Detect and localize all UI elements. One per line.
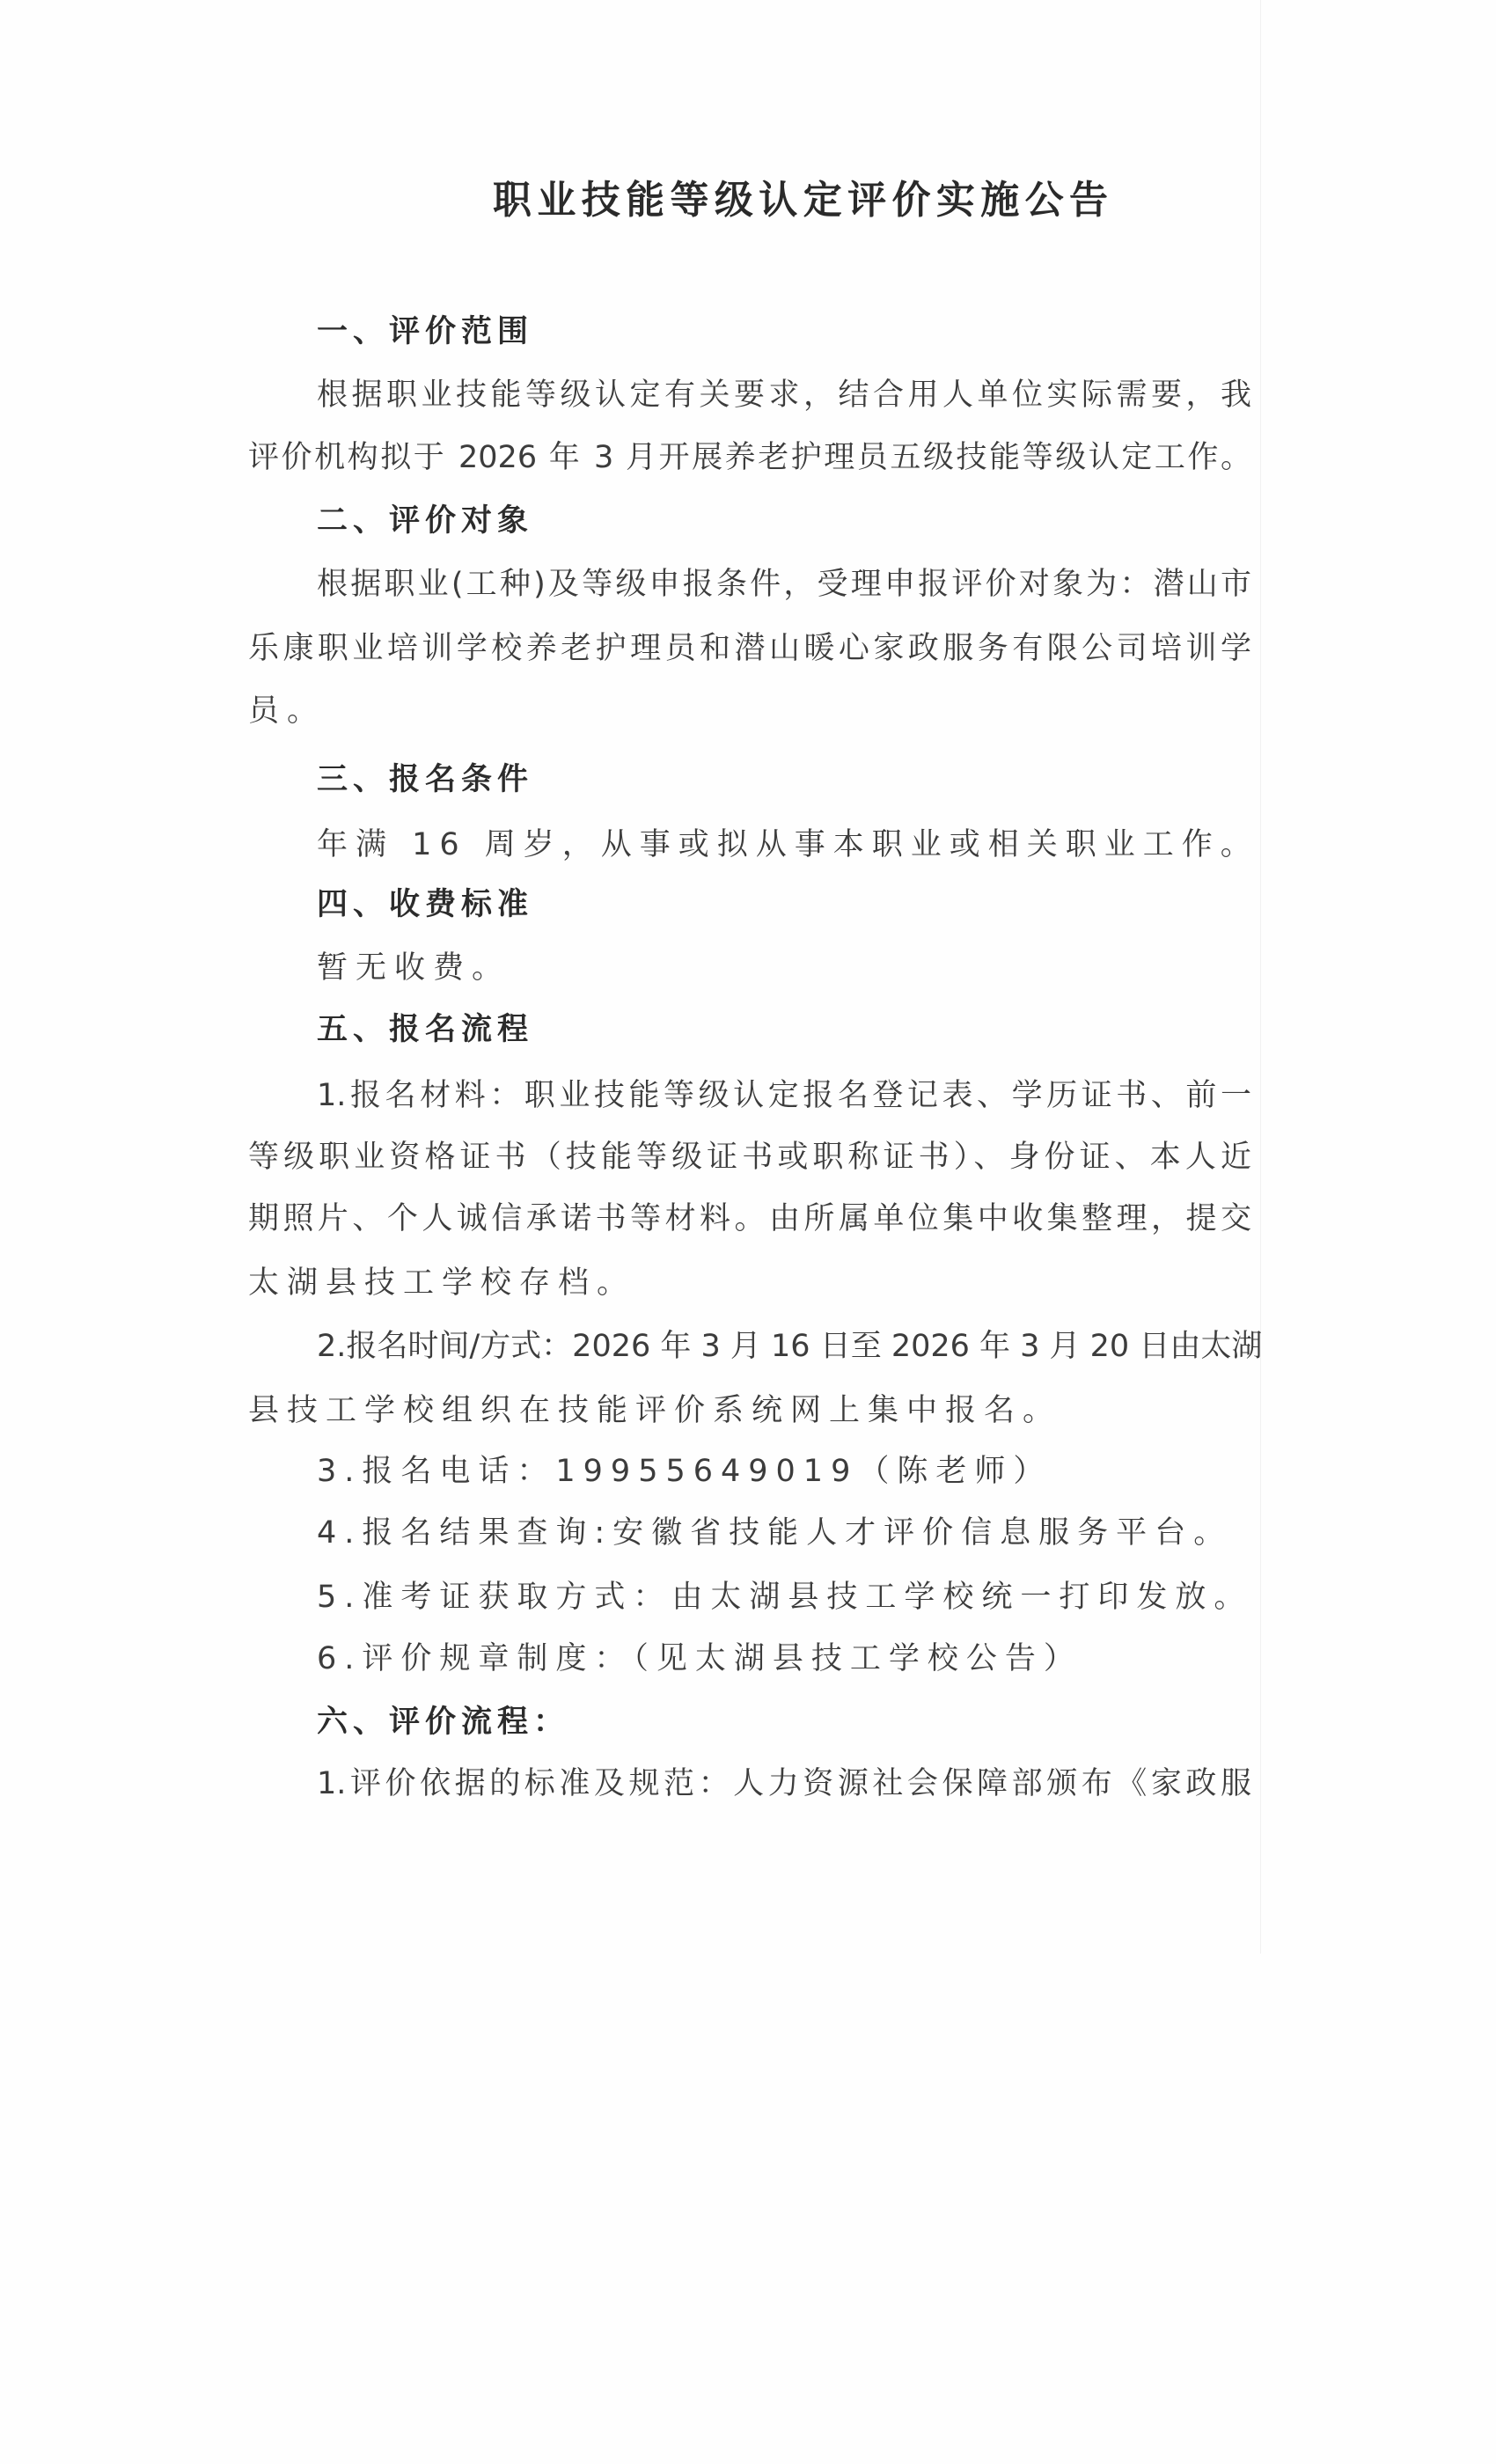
section-heading: 四、收费标准 — [317, 883, 533, 927]
paragraph-line: 年满 16 周岁，从事或拟从事本职业或相关职业工作。 — [317, 823, 1259, 867]
list-item-line: 期照片、个人诚信承诺书等材料。由所属单位集中收集整理，提交 — [248, 1197, 1251, 1241]
section-heading: 三、报名条件 — [317, 758, 533, 802]
paragraph-line: 员。 — [248, 689, 326, 733]
list-item-line: 2.报名时间/方式：2026 年 3 月 16 日至 2026 年 3 月 20… — [317, 1324, 1251, 1368]
scan-edge-artifact — [1260, 0, 1261, 1954]
list-item-line: 1.评价依据的标准及规范：人力资源社会保障部颁布《家政服 — [317, 1762, 1251, 1806]
list-item-line: 6.评价规章制度：（见太湖县技工学校公告） — [317, 1637, 1082, 1681]
section-heading: 五、报名流程 — [317, 1008, 533, 1052]
document-page: 职业技能等级认定评价实施公告 一、评价范围 根据职业技能等级认定有关要求，结合用… — [0, 0, 1496, 2464]
list-item-line: 4.报名结果查询:安徽省技能人才评价信息服务平台。 — [317, 1511, 1232, 1555]
section-heading: 六、评价流程： — [317, 1700, 569, 1744]
document-title: 职业技能等级认定评价实施公告 — [493, 176, 1109, 225]
section-heading: 二、评价对象 — [317, 499, 533, 543]
list-item-line: 1.报名材料：职业技能等级认定报名登记表、学历证书、前一 — [317, 1074, 1251, 1118]
paragraph-line: 暂无收费。 — [317, 946, 510, 990]
paragraph-line: 根据职业技能等级认定有关要求，结合用人单位实际需要，我 — [317, 373, 1251, 417]
section-heading: 一、评价范围 — [317, 310, 533, 354]
paragraph-line: 根据职业(工种)及等级申报条件，受理申报评价对象为：潜山市 — [317, 562, 1251, 606]
list-item-line: 县技工学校组织在技能评价系统网上集中报名。 — [248, 1389, 1061, 1433]
list-item-line: 等级职业资格证书（技能等级证书或职称证书）、身份证、本人近 — [248, 1135, 1251, 1179]
list-item-line: 3.报名电话：19955649019（陈老师） — [317, 1449, 1052, 1493]
list-item-line: 5.准考证获取方式：由太湖县技工学校统一打印发放。 — [317, 1575, 1252, 1619]
paragraph-line: 评价机构拟于 2026 年 3 月开展养老护理员五级技能等级认定工作。 — [248, 436, 1251, 480]
paragraph-line: 乐康职业培训学校养老护理员和潜山暖心家政服务有限公司培训学 — [248, 627, 1251, 671]
list-item-line: 太湖县技工学校存档。 — [248, 1261, 635, 1305]
